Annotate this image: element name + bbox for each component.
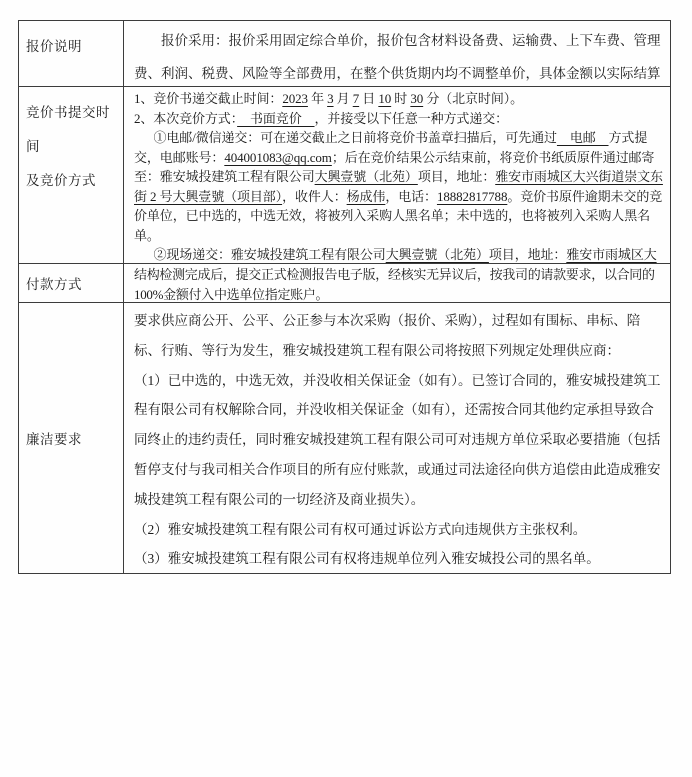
row-label-line: 廉洁要求 <box>26 428 120 448</box>
text-run: ②现场递交：雅安城投建筑工程有限公司 <box>154 247 386 262</box>
table-row-integrity-requirements: 廉洁要求 要求供应商公开、公平、公正参与本次采购（报价、采购），过程如有围标、串… <box>19 302 670 573</box>
text-run: 项目，地址： <box>418 169 495 184</box>
text-run: 结构检测完成后，提交正式检测报告电子版，经核实无异议后，按我司的请款要求，以合同… <box>134 267 655 282</box>
text-run: 1、竞价书递交截止时间： <box>134 91 282 106</box>
paragraph: 2、本次竞价方式： 书面竞价 ，并接受以下任意一种方式递交： <box>134 109 665 129</box>
underlined-value: 404001083@qq.com <box>224 150 332 165</box>
paragraph: ②现场递交：雅安城投建筑工程有限公司大興壹號（北苑）项目，地址：雅安市雨城区大兴… <box>134 245 665 263</box>
text-run: 2、本次竞价方式： <box>134 111 237 126</box>
paragraph: （3）雅安城投建筑工程有限公司有权将违规单位列入雅安城投公司的黑名单。 <box>134 544 665 573</box>
row-label-cell: 廉洁要求 <box>19 303 123 573</box>
underlined-value: 10 <box>378 91 391 106</box>
row-label-line: 竞价书提交时间 <box>26 96 120 164</box>
paragraph: ①电邮/微信递交：可在递交截止之日前将竞价书盖章扫描后，可先通过 电邮 方式提交… <box>134 128 665 245</box>
underlined-value: 2023 <box>282 91 308 106</box>
paragraph: 要求供应商公开、公平、公正参与本次采购（报价、采购），过程如有围标、串标、陪标、… <box>134 306 665 366</box>
row-content-cell: 1、竞价书递交截止时间：2023 年 3 月 7 日 10 时 30 分（北京时… <box>123 87 670 263</box>
procurement-terms-table: 报价说明 报价采用：报价采用固定综合单价，报价包含材料设备费、运输费、上下车费、… <box>18 20 671 574</box>
paragraph: （1）已中选的，中选无效，并没收相关保证金（如有）。已签订合同的，雅安城投建筑工… <box>134 366 665 515</box>
text-run: ，收件人： <box>282 189 347 204</box>
text-run: ①电邮/微信递交：可在递交截止之日前将竞价书盖章扫描后，可先通过 <box>154 130 557 145</box>
text-run: 要求供应商公开、公平、公正参与本次采购（报价、采购），过程如有围标、串标、陪标、… <box>134 313 640 358</box>
table-row-quotation-note: 报价说明 报价采用：报价采用固定综合单价，报价包含材料设备费、运输费、上下车费、… <box>19 21 670 86</box>
row-content-cell: 报价采用：报价采用固定综合单价，报价包含材料设备费、运输费、上下车费、管理费、利… <box>123 21 670 86</box>
row-content-cell: 结构检测完成后，提交正式检测报告电子版，经核实无异议后，按我司的请款要求，以合同… <box>123 264 670 302</box>
row-label-line: 报价说明 <box>26 30 120 64</box>
text-run: ，并接受以下任意一种方式递交： <box>315 111 509 126</box>
text-run: （1）已中选的，中选无效，并没收相关保证金（如有）。已签订合同的，雅安城投建筑工… <box>134 373 661 507</box>
paragraph: 结构检测完成后，提交正式检测报告电子版，经核实无异议后，按我司的请款要求，以合同… <box>134 265 665 302</box>
row-label-line: 及竞价方式 <box>26 164 120 198</box>
paragraph: 1、竞价书递交截止时间：2023 年 3 月 7 日 10 时 30 分（北京时… <box>134 89 665 109</box>
text-run: （3）雅安城投建筑工程有限公司有权将违规单位列入雅安城投公司的黑名单。 <box>134 551 600 566</box>
row-content-cell: 要求供应商公开、公平、公正参与本次采购（报价、采购），过程如有围标、串标、陪标、… <box>123 303 670 573</box>
text-run: 日 <box>359 91 378 106</box>
underlined-value: 大興壹號（北苑） <box>315 169 418 184</box>
row-label-line: 付款方式 <box>26 273 120 293</box>
text-run: 时 <box>391 91 410 106</box>
table-row-submission-time-and-method: 竞价书提交时间及竞价方式 1、竞价书递交截止时间：2023 年 3 月 7 日 … <box>19 86 670 263</box>
table-row-payment-method: 付款方式 结构检测完成后，提交正式检测报告电子版，经核实无异议后，按我司的请款要… <box>19 263 670 302</box>
row-label-cell: 竞价书提交时间及竞价方式 <box>19 87 123 263</box>
underlined-value: 100% <box>134 287 163 302</box>
paragraph: （2）雅安城投建筑工程有限公司有权可通过诉讼方式向违规供方主张权利。 <box>134 515 665 545</box>
text-run: 金额付入中选单位指定账户。 <box>163 287 328 302</box>
text-run: 月 <box>334 91 353 106</box>
row-label-cell: 报价说明 <box>19 21 123 86</box>
paragraph: 报价采用：报价采用固定综合单价，报价包含材料设备费、运输费、上下车费、管理费、利… <box>134 24 665 86</box>
underlined-value: 书面竞价 <box>237 111 314 126</box>
underlined-value: 大興壹號（北苑） <box>386 247 489 262</box>
text-run: 报价采用：报价采用固定综合单价，报价包含材料设备费、运输费、上下车费、管理费、利… <box>134 33 661 86</box>
text-run: 年 <box>308 91 327 106</box>
underlined-value: 电邮 <box>557 130 609 145</box>
underlined-value: 杨成伟 <box>347 189 386 204</box>
underlined-value: 18882817788 <box>437 189 507 204</box>
text-run: （2）雅安城投建筑工程有限公司有权可通过诉讼方式向违规供方主张权利。 <box>134 522 586 537</box>
underlined-value: 30 <box>410 91 423 106</box>
text-run: 项目，地址： <box>489 247 566 262</box>
row-label-cell: 付款方式 <box>19 264 123 302</box>
text-run: 分（北京时间）。 <box>423 91 523 106</box>
scanned-document-page: 报价说明 报价采用：报价采用固定综合单价，报价包含材料设备费、运输费、上下车费、… <box>0 0 692 777</box>
text-run: ，电话： <box>385 189 437 204</box>
